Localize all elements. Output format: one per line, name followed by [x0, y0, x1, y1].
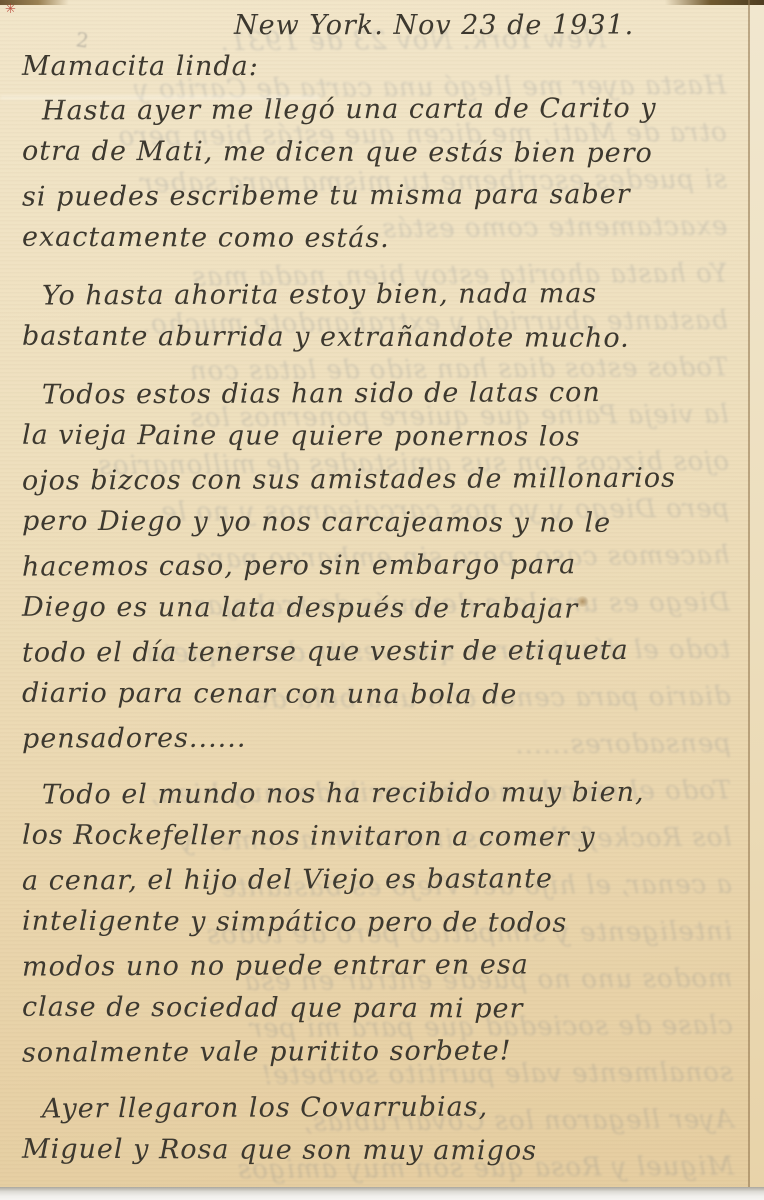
letter-line: otra de Mati, me dicen que estás bien pe…	[22, 130, 754, 176]
letter-line: Hasta ayer me llegó una carta de Carito …	[22, 86, 754, 132]
letter-line: Diego es una lata después de trabajar	[22, 586, 754, 632]
letter-paragraph: Todo el mundo nos ha recibido muy bien,l…	[22, 772, 754, 1073]
letter-line: Miguel y Rosa que son muy amigos	[22, 1128, 754, 1174]
letter-line: exactamente como estás.	[22, 216, 754, 262]
letter-line: ojos bizcos con sus amistades de millona…	[22, 456, 754, 502]
letter-paragraph: Ayer llegaron los Covarrubias,Miguel y R…	[22, 1086, 754, 1172]
letter-line: sonalmente vale puritito sorbete!	[22, 1028, 754, 1074]
red-ink-mark-icon: ✳	[5, 2, 16, 17]
letter-line: Yo hasta ahorita estoy bien, nada mas	[22, 271, 754, 317]
paper-crease	[0, 96, 320, 99]
letter-paragraph: Yo hasta ahorita estoy bien, nada masbas…	[22, 273, 754, 359]
letter-line: Ayer llegaron los Covarrubias,	[22, 1084, 754, 1130]
letter-line: modos uno no puede entrar en esa	[22, 942, 754, 988]
dateline: New York. Nov 23 de 1931.	[234, 6, 754, 46]
letter-line: clase de sociedad que para mi per	[22, 986, 754, 1032]
scan-top-edge	[0, 0, 764, 5]
letter-line: pero Diego y yo nos carcajeamos y no le	[22, 500, 754, 546]
letter-line: los Rockefeller nos invitaron a comer y	[22, 814, 754, 860]
letter-paragraph: Hasta ayer me llegó una carta de Carito …	[22, 88, 754, 260]
letter-line: la vieja Paine que quiere ponernos los	[22, 414, 754, 460]
letter-paragraph: Todos estos dias han sido de latas conla…	[22, 372, 754, 759]
paper-right-margin	[750, 0, 764, 1188]
letter-line: a cenar, el hijo del Viejo es bastante	[22, 856, 754, 902]
letter-line: si puedes escribeme tu misma para saber	[22, 172, 754, 218]
letter-line: hacemos caso, pero sin embargo para	[22, 542, 754, 588]
letter-line: Todo el mundo nos ha recibido muy bien,	[22, 770, 754, 816]
paper-stain	[576, 596, 589, 607]
letter-line: Todos estos dias han sido de latas con	[22, 370, 754, 416]
letter-body: Hasta ayer me llegó una carta de Carito …	[22, 88, 754, 1172]
scan-bottom-edge	[0, 1187, 764, 1200]
letter-line: diario para cenar con una bola de	[22, 672, 754, 718]
letter-line: bastante aburrida y extrañandote mucho.	[22, 315, 754, 361]
letter-content: New York. Nov 23 de 1931. Mamacita linda…	[0, 0, 764, 1172]
letter-line: pensadores......	[22, 714, 754, 760]
paper-fold-edge	[748, 0, 750, 1188]
salutation: Mamacita linda:	[22, 46, 754, 88]
letter-line: todo el día tenerse que vestir de etique…	[22, 628, 754, 674]
letter-page: New York. Nov 23 de 1931.Hasta ayer me l…	[0, 0, 764, 1200]
letter-line: inteligente y simpático pero de todos	[22, 900, 754, 946]
